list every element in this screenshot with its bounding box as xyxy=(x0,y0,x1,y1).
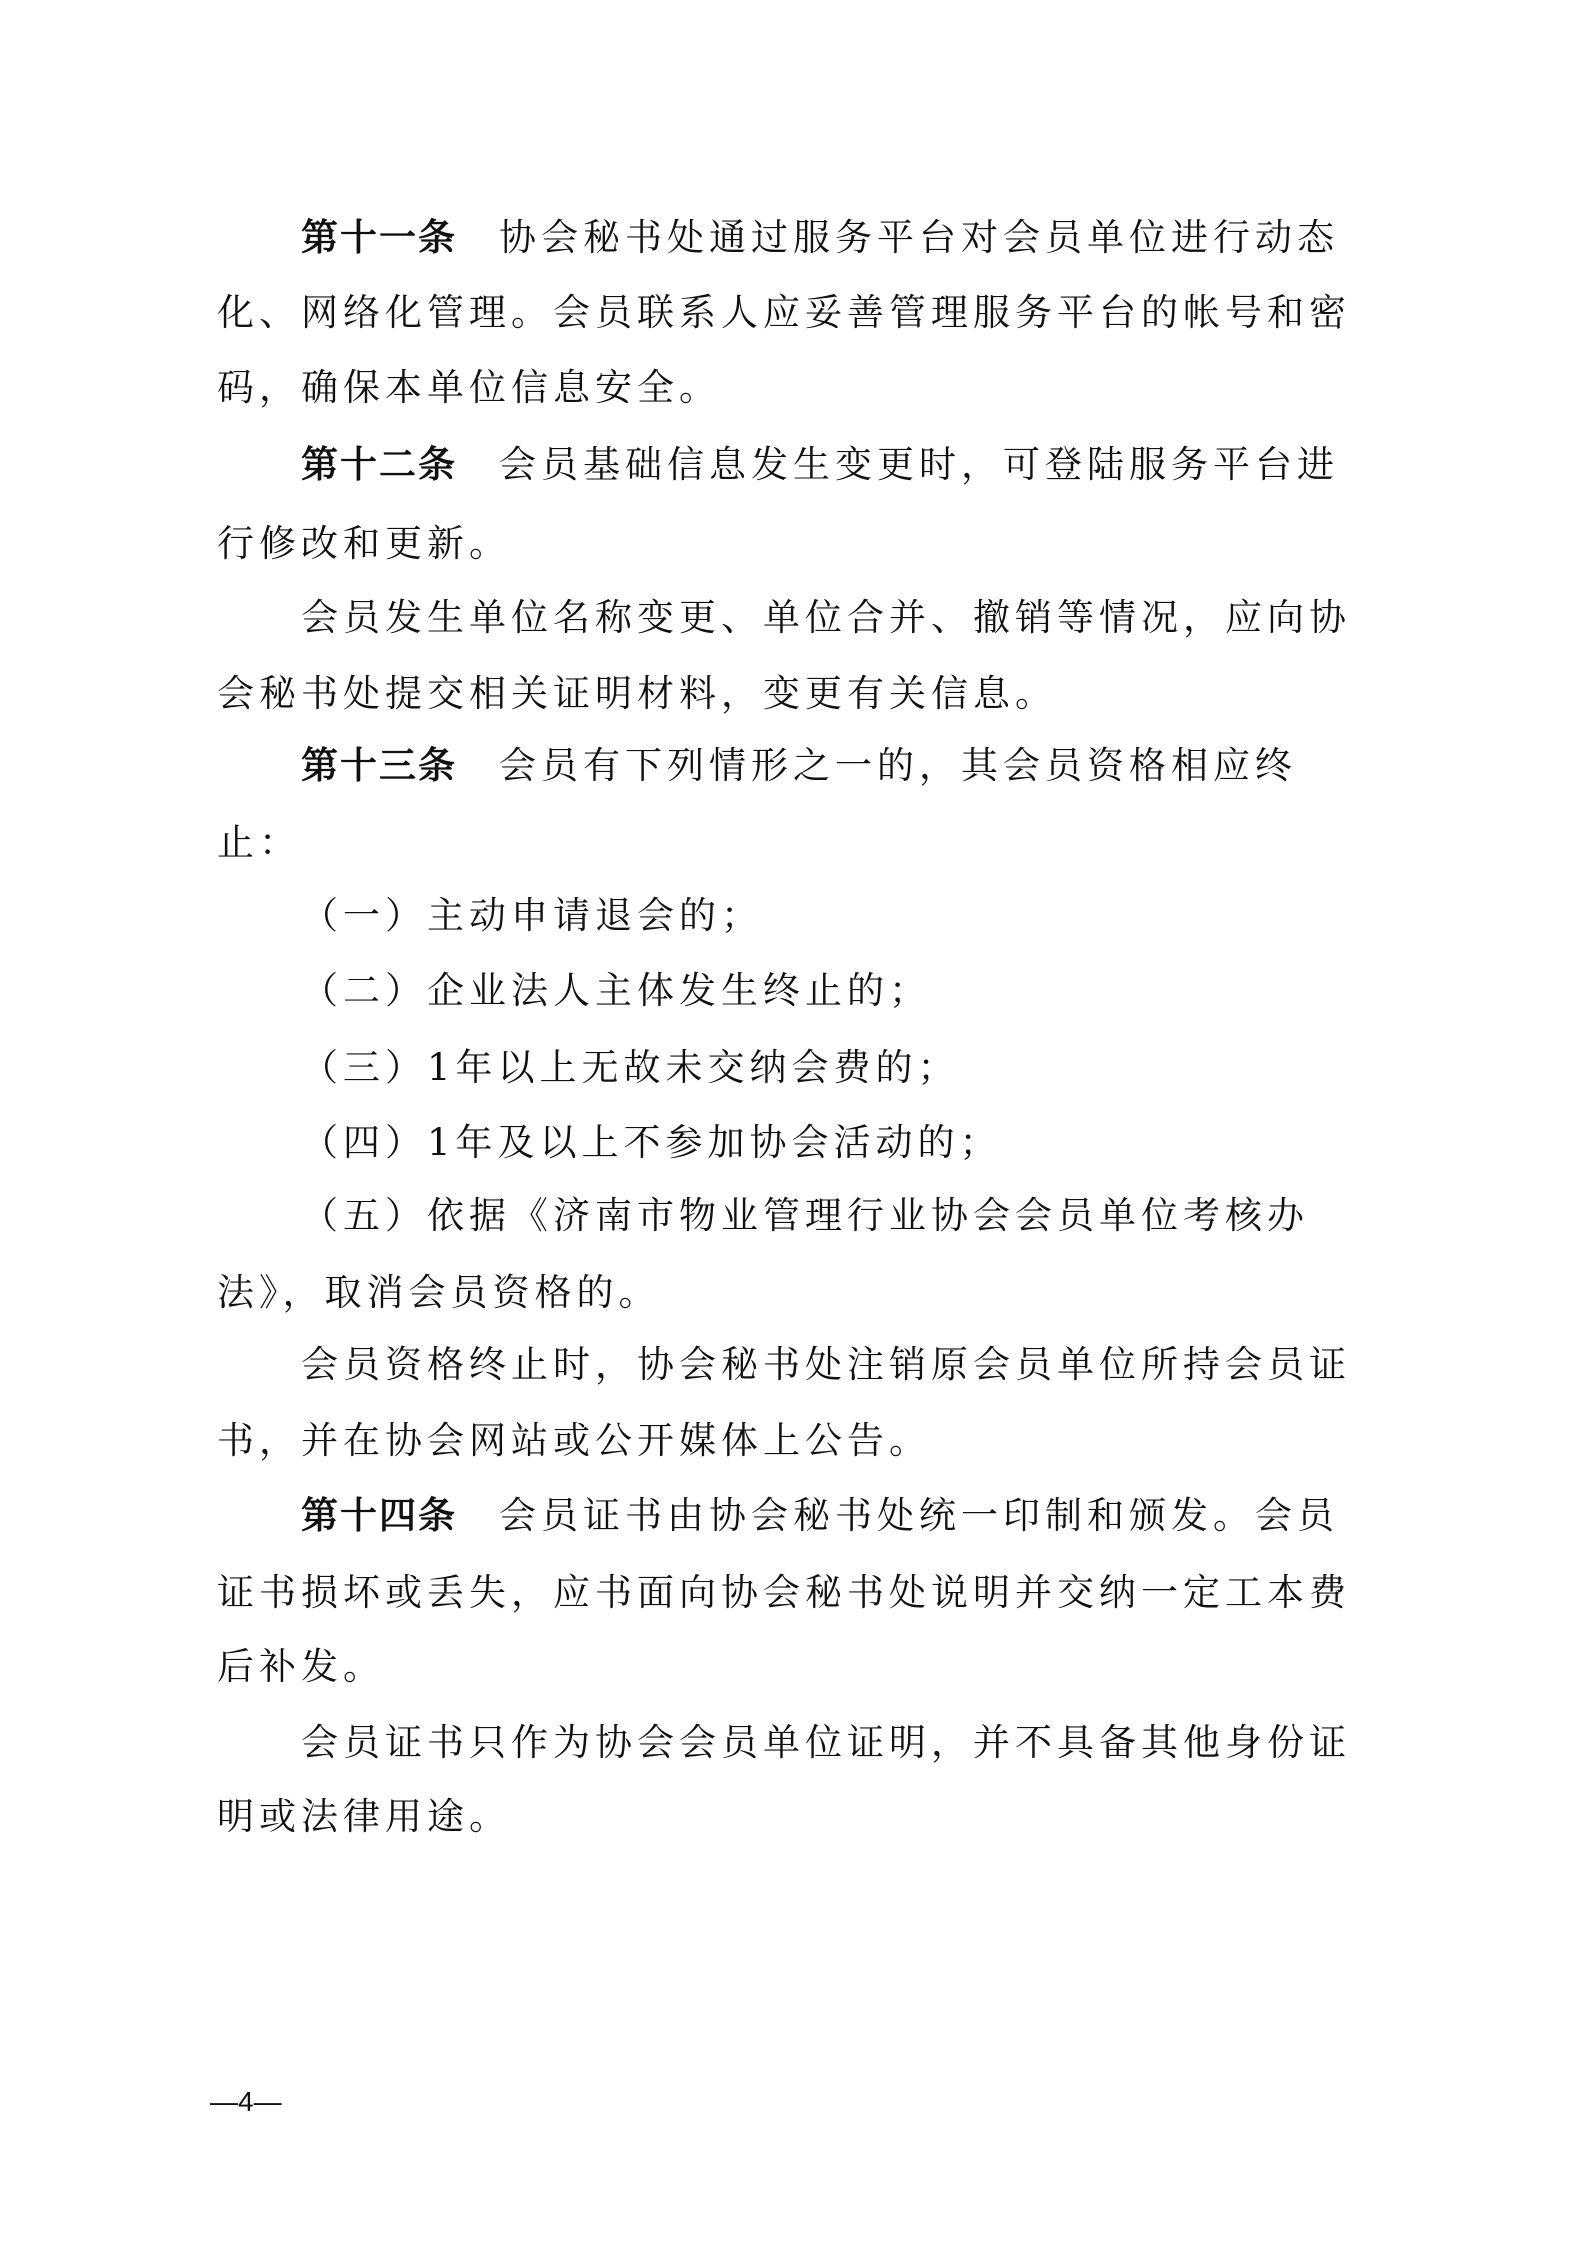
article-14-line-1: 第十四条会员证书由协会秘书处统一印制和颁发。会员 xyxy=(301,1491,1461,1541)
page-number: —4— xyxy=(210,2084,282,2120)
article-13-item-5: （五）依据《济南市物业管理行业协会会员单位考核办 xyxy=(301,1191,1461,1241)
article-11-text: 协会秘书处通过服务平台对会员单位进行动态 xyxy=(499,216,1339,259)
article-13-number: 第十三条 xyxy=(301,744,457,787)
article-14-text: 会员证书由协会秘书处统一印制和颁发。会员 xyxy=(499,1494,1339,1537)
article-14-para-line-2: 明或法律用途。 xyxy=(217,1792,1377,1842)
article-13-para-line-2: 书，并在协会网站或公开媒体上公告。 xyxy=(217,1416,1377,1466)
article-14-line-3: 后补发。 xyxy=(217,1642,1377,1692)
article-13-item-1: （一）主动申请退会的； xyxy=(301,891,1461,941)
article-13-item-2: （二）企业法人主体发生终止的； xyxy=(301,966,1461,1016)
article-13-line-2: 止： xyxy=(217,818,1377,868)
article-12-text: 会员基础信息发生变更时，可登陆服务平台进 xyxy=(499,443,1339,486)
article-11-line-2: 化、网络化管理。会员联系人应妥善管理服务平台的帐号和密 xyxy=(217,288,1377,338)
article-13-text: 会员有下列情形之一的，其会员资格相应终 xyxy=(499,744,1297,787)
article-13-para-line-1: 会员资格终止时，协会秘书处注销原会员单位所持会员证 xyxy=(301,1340,1461,1390)
document-page: 第十一条协会秘书处通过服务平台对会员单位进行动态 化、网络化管理。会员联系人应妥… xyxy=(0,0,1587,2245)
article-12-para-line-2: 会秘书处提交相关证明材料，变更有关信息。 xyxy=(217,669,1377,719)
article-13-item-4: （四）1年及以上不参加协会活动的； xyxy=(301,1118,1461,1168)
article-14-number: 第十四条 xyxy=(301,1494,457,1537)
article-11-number: 第十一条 xyxy=(301,216,457,259)
article-12-number: 第十二条 xyxy=(301,443,457,486)
article-14-para-line-1: 会员证书只作为协会会员单位证明，并不具备其他身份证 xyxy=(301,1718,1461,1768)
article-12-para-line-1: 会员发生单位名称变更、单位合并、撤销等情况，应向协 xyxy=(301,593,1461,643)
article-12-line-1: 第十二条会员基础信息发生变更时，可登陆服务平台进 xyxy=(301,440,1461,490)
article-11-line-3: 码，确保本单位信息安全。 xyxy=(217,363,1377,413)
article-12-line-2: 行修改和更新。 xyxy=(217,519,1377,569)
article-14-line-2: 证书损坏或丢失，应书面向协会秘书处说明并交纳一定工本费 xyxy=(217,1568,1377,1618)
article-13-item-5-continuation: 法》，取消会员资格的。 xyxy=(217,1268,1377,1318)
article-13-item-3: （三）1年以上无故未交纳会费的； xyxy=(301,1043,1461,1093)
article-11-line-1: 第十一条协会秘书处通过服务平台对会员单位进行动态 xyxy=(301,213,1461,263)
article-13-line-1: 第十三条会员有下列情形之一的，其会员资格相应终 xyxy=(301,741,1461,791)
